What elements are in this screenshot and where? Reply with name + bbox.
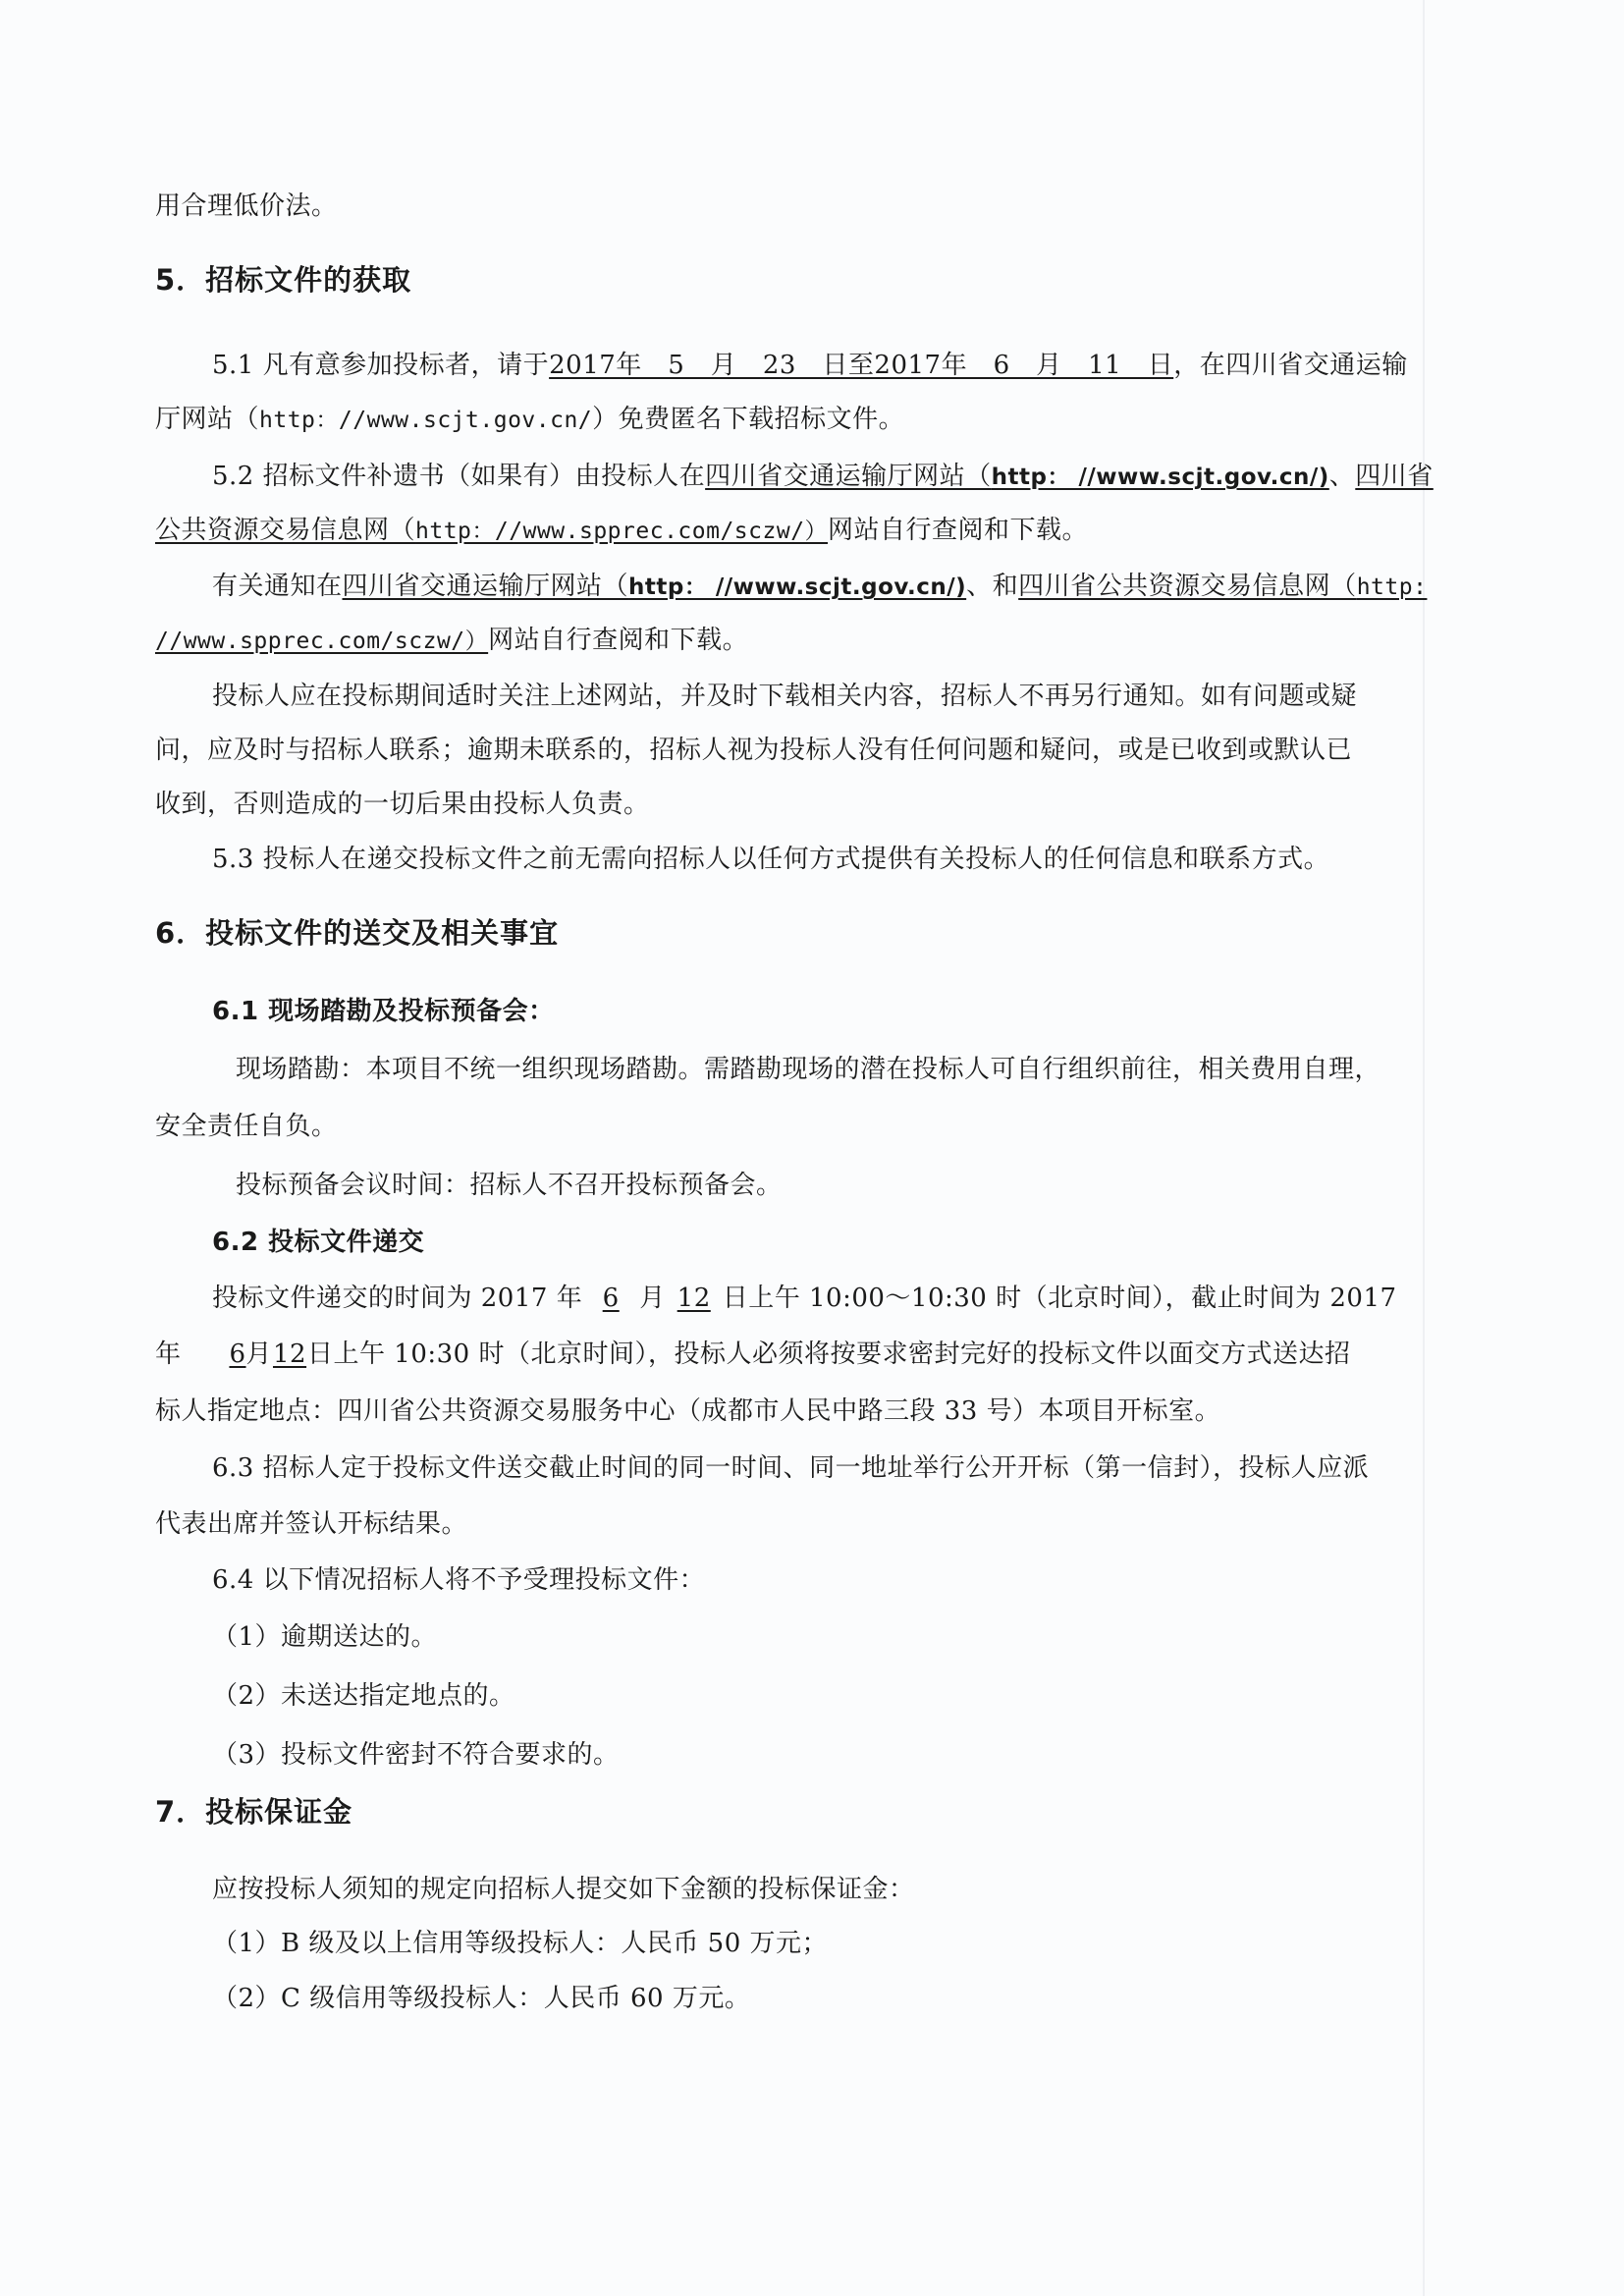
notice-separator: 、和 bbox=[966, 572, 1018, 601]
notice-line2: //www.spprec.com/sczw/）网站自行查阅和下载。 bbox=[155, 624, 748, 658]
notice-suffix: 网站自行查阅和下载。 bbox=[488, 626, 748, 655]
section-5-heading: 5．招标文件的获取 bbox=[155, 263, 411, 297]
section-6-heading: 6．投标文件的送交及相关事宜 bbox=[155, 916, 559, 950]
scjt-site-url: http： //www.scjt.gov.cn/) bbox=[992, 465, 1329, 490]
notice-scjt-link[interactable]: 四川省交通运输厅网站（http： //www.scjt.gov.cn/) bbox=[343, 572, 967, 601]
submission-l2-text-a: 年 bbox=[155, 1339, 182, 1369]
para-5-3: 5.3 投标人在递交投标文件之前无需向招标人以任何方式提供有关投标人的任何信息和… bbox=[212, 843, 1329, 876]
para-5-1-line2-suffix: ）免费匿名下载招标文件。 bbox=[592, 405, 904, 434]
pre-bid-meeting: 投标预备会议时间：招标人不召开投标预备会。 bbox=[236, 1169, 783, 1202]
bond-item-2: （2）C 级信用等级投标人：人民币 60 万元。 bbox=[212, 1982, 750, 2015]
deadline-month: 6 bbox=[182, 1338, 246, 1371]
para-5-2-line1: 5.2 招标文件补遗书（如果有）由投标人在四川省交通运输厅网站（http： //… bbox=[212, 460, 1434, 494]
notice-line1: 有关通知在四川省交通运输厅网站（http： //www.scjt.gov.cn/… bbox=[212, 570, 1427, 604]
submission-start-month: 6 bbox=[582, 1282, 639, 1315]
para-6-3-line2: 代表出席并签认开标结果。 bbox=[155, 1507, 467, 1541]
notice-scjt-name: 四川省交通运输厅网站（ bbox=[343, 572, 629, 601]
separator: 、 bbox=[1329, 462, 1356, 491]
section-7-heading: 7．投标保证金 bbox=[155, 1795, 352, 1829]
scjt-url[interactable]: http：//www.scjt.gov.cn/ bbox=[259, 408, 592, 433]
rejection-item-3: （3）投标文件密封不符合要求的。 bbox=[212, 1738, 620, 1772]
notice-spprec-link[interactable]: 四川省公共资源交易信息网（http: bbox=[1018, 572, 1427, 601]
para-5-2-suffix: 网站自行查阅和下载。 bbox=[828, 516, 1088, 545]
deadline-day: 12 bbox=[272, 1338, 307, 1371]
notice-spprec-name: 四川省公共资源交易信息网（ bbox=[1018, 572, 1357, 601]
spprec-site-link[interactable]: 公共资源交易信息网（http：//www.spprec.com/sczw/） bbox=[155, 516, 828, 545]
spprec-site-name-part1[interactable]: 四川省 bbox=[1355, 462, 1434, 491]
submission-l2-text-b: 月 bbox=[246, 1339, 273, 1369]
attention-line3: 收到，否则造成的一切后果由投标人负责。 bbox=[155, 788, 650, 821]
notice-spprec-url-part1: http: bbox=[1357, 574, 1428, 600]
para-5-2-line2: 公共资源交易信息网（http：//www.spprec.com/sczw/）网站… bbox=[155, 514, 1088, 548]
spprec-site-name-part2: 公共资源交易信息网（ bbox=[155, 516, 415, 545]
rejection-item-1: （1）逾期送达的。 bbox=[212, 1620, 437, 1654]
para-6-3-line1: 6.3 招标人定于投标文件送交截止时间的同一时间、同一地址举行公开开标（第一信封… bbox=[212, 1451, 1369, 1485]
acquisition-date-range: 2017年 5 月 23 日至2017年 6 月 11 日 bbox=[549, 351, 1173, 380]
bond-item-1: （1）B 级及以上信用等级投标人：人民币 50 万元； bbox=[212, 1927, 828, 1960]
notice-prefix: 有关通知在 bbox=[212, 572, 343, 601]
scjt-site-link[interactable]: 四川省交通运输厅网站（http： //www.scjt.gov.cn/) bbox=[705, 462, 1329, 491]
submission-line3: 标人指定地点：四川省公共资源交易服务中心（成都市人民中路三段 33 号）本项目开… bbox=[155, 1394, 1220, 1428]
submission-l1-text-c: 日上午 10:00～10:30 时（北京时间），截止时间为 2017 bbox=[723, 1284, 1397, 1313]
submission-l1-text-b: 月 bbox=[639, 1284, 666, 1313]
rejection-item-2: （2）未送达指定地点的。 bbox=[212, 1679, 515, 1713]
scjt-site-name: 四川省交通运输厅网站（ bbox=[705, 462, 992, 491]
carryover-text: 用合理低价法。 bbox=[155, 190, 338, 223]
submission-line2: 年6月12日上午 10:30 时（北京时间），投标人必须将按要求密封完好的投标文… bbox=[155, 1338, 1351, 1371]
attention-line1: 投标人应在投标期间适时关注上述网站，并及时下载相关内容，招标人不再另行通知。如有… bbox=[212, 680, 1357, 713]
para-5-1-suffix: ，在四川省交通运输 bbox=[1173, 351, 1408, 380]
site-visit-line2: 安全责任自负。 bbox=[155, 1110, 338, 1143]
notice-scjt-url: http： //www.scjt.gov.cn/) bbox=[628, 574, 966, 600]
para-6-1-title: 6.1 现场踏勘及投标预备会： bbox=[212, 995, 555, 1028]
para-5-1-line2: 厅网站（http：//www.scjt.gov.cn/）免费匿名下载招标文件。 bbox=[155, 403, 904, 437]
para-5-1-prefix: 5.1 凡有意参加投标者，请于 bbox=[212, 351, 549, 380]
spprec-site-url: http：//www.spprec.com/sczw/） bbox=[415, 519, 828, 544]
para-6-2-title: 6.2 投标文件递交 bbox=[212, 1226, 424, 1259]
scan-artifact-line bbox=[1423, 0, 1425, 2296]
para-5-2-prefix: 5.2 招标文件补遗书（如果有）由投标人在 bbox=[212, 462, 705, 491]
notice-spprec-url-part2[interactable]: //www.spprec.com/sczw/） bbox=[155, 629, 488, 654]
submission-l1-text-a: 投标文件递交的时间为 2017 年 bbox=[212, 1284, 582, 1313]
submission-line1: 投标文件递交的时间为 2017 年6月12日上午 10:00～10:30 时（北… bbox=[212, 1282, 1397, 1315]
para-5-1-line1: 5.1 凡有意参加投标者，请于2017年 5 月 23 日至2017年 6 月 … bbox=[212, 349, 1408, 382]
para-6-4-title: 6.4 以下情况招标人将不予受理投标文件： bbox=[212, 1563, 705, 1597]
bond-intro: 应按投标人须知的规定向招标人提交如下金额的投标保证金： bbox=[212, 1873, 915, 1906]
para-5-1-line2-prefix: 厅网站（ bbox=[155, 405, 259, 434]
submission-start-day: 12 bbox=[666, 1282, 723, 1315]
site-visit-line1: 现场踏勘：本项目不统一组织现场踏勘。需踏勘现场的潜在投标人可自行组织前往，相关费… bbox=[236, 1053, 1380, 1086]
submission-l2-text-c: 日上午 10:30 时（北京时间），投标人必须将按要求密封完好的投标文件以面交方… bbox=[307, 1339, 1350, 1369]
attention-line2: 问，应及时与招标人联系；逾期未联系的，招标人视为投标人没有任何问题和疑问，或是已… bbox=[155, 734, 1352, 767]
